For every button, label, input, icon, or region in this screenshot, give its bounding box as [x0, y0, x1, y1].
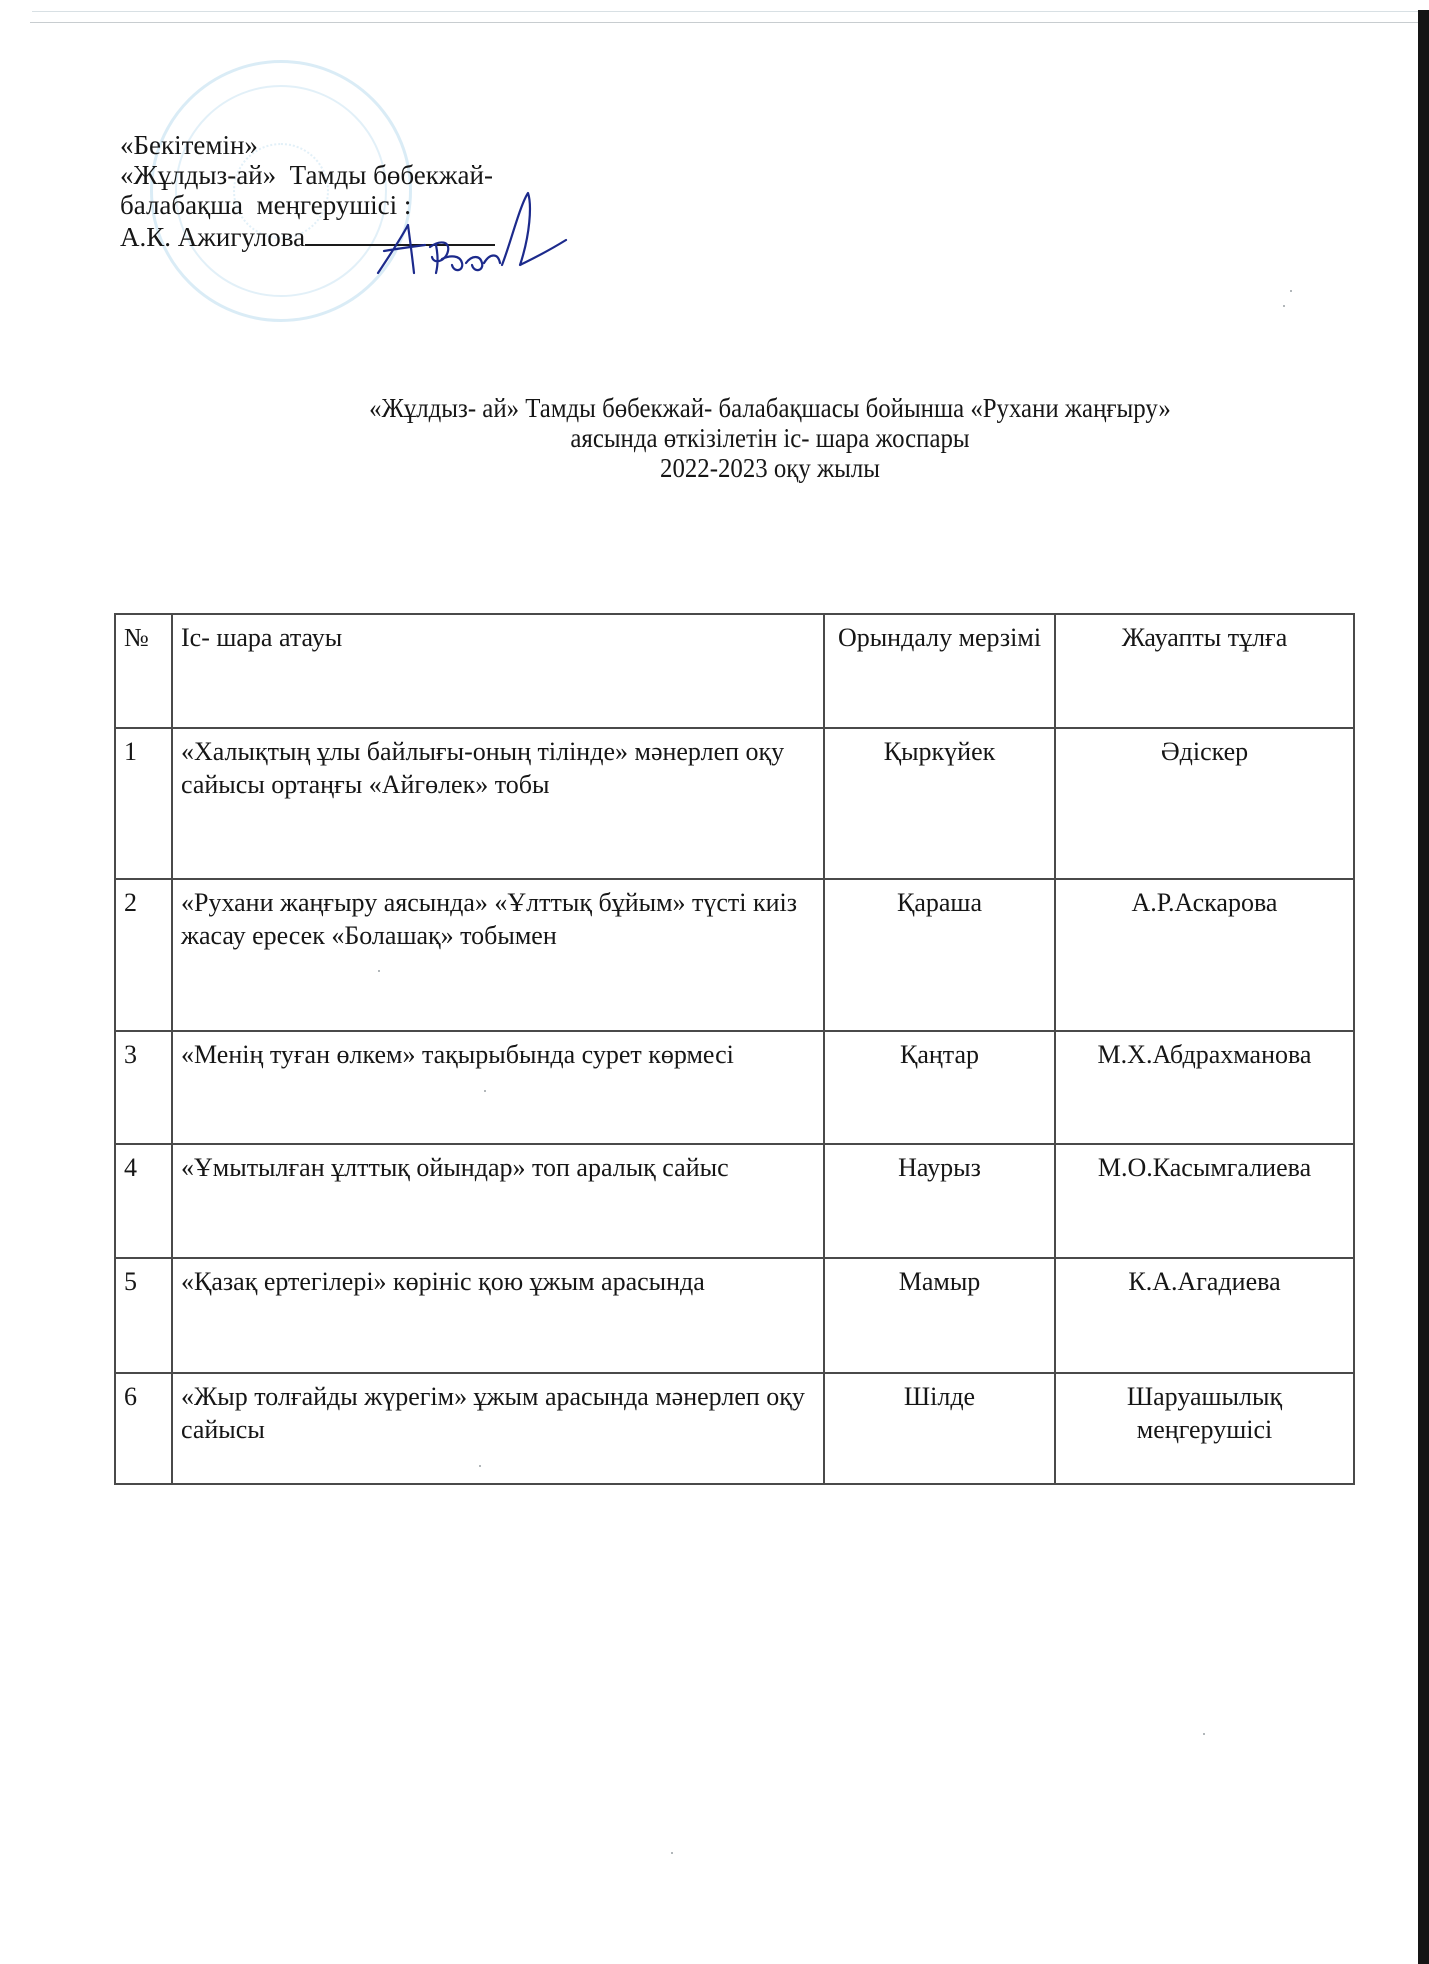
scan-speck [1283, 305, 1285, 307]
scan-edge-top [30, 22, 1420, 23]
table-row: 2 «Рухани жаңғыру аясында» «Ұлттық бұйым… [115, 879, 1354, 1031]
title-line-3: 2022-2023 оқу жылы [264, 453, 1276, 483]
approval-heading: «Бекітемін» [120, 130, 495, 160]
row-event-name: «Ұмытылған ұлттық ойындар» топ аралық са… [172, 1144, 824, 1258]
event-plan-table: № Іс- шара атауы Орындалу мерзімі Жауапт… [114, 613, 1355, 1485]
row-number: 1 [115, 728, 172, 879]
row-number: 5 [115, 1258, 172, 1373]
title-line-2: аясында өткізілетін іс- шара жоспары [264, 423, 1276, 453]
row-event-name: «Жыр толғайды жүрегім» ұжым арасында мән… [172, 1373, 824, 1484]
row-deadline: Шілде [824, 1373, 1055, 1484]
header-number: № [115, 614, 172, 728]
row-deadline: Қаңтар [824, 1031, 1055, 1144]
scan-speck [1290, 290, 1292, 292]
scan-edge-right [1418, 10, 1429, 1964]
row-deadline: Наурыз [824, 1144, 1055, 1258]
header-deadline: Орындалу мерзімі [824, 614, 1055, 728]
scan-edge-top-faint [32, 11, 1418, 12]
row-number: 4 [115, 1144, 172, 1258]
row-responsible: Әдіскер [1055, 728, 1354, 879]
row-responsible: М.О.Касымгалиева [1055, 1144, 1354, 1258]
row-event-name: «Рухани жаңғыру аясында» «Ұлттық бұйым» … [172, 879, 824, 1031]
row-responsible: К.А.Агадиева [1055, 1258, 1354, 1373]
row-number: 3 [115, 1031, 172, 1144]
row-number: 6 [115, 1373, 172, 1484]
row-responsible: Шаруашылық меңгерушісі [1055, 1373, 1354, 1484]
row-event-name: «Менің туған өлкем» тақырыбында сурет кө… [172, 1031, 824, 1144]
header-responsible: Жауапты тұлға [1055, 614, 1354, 728]
scan-speck [378, 970, 380, 972]
row-responsible: М.Х.Абдрахманова [1055, 1031, 1354, 1144]
signature-icon [370, 185, 570, 280]
table-header-row: № Іс- шара атауы Орындалу мерзімі Жауапт… [115, 614, 1354, 728]
row-deadline: Қараша [824, 879, 1055, 1031]
row-event-name: «Халықтың ұлы байлығы-оның тілінде» мәне… [172, 728, 824, 879]
row-deadline: Қыркүйек [824, 728, 1055, 879]
table-row: 3 «Менің туған өлкем» тақырыбында сурет … [115, 1031, 1354, 1144]
header-event-name: Іс- шара атауы [172, 614, 824, 728]
table-row: 6 «Жыр толғайды жүрегім» ұжым арасында м… [115, 1373, 1354, 1484]
table-row: 5 «Қазақ ертегілері» көрініс қою ұжым ар… [115, 1258, 1354, 1373]
scan-speck [479, 1465, 481, 1467]
scan-speck [484, 1090, 486, 1092]
row-deadline: Мамыр [824, 1258, 1055, 1373]
row-responsible: А.Р.Аскарова [1055, 879, 1354, 1031]
scan-speck [671, 1852, 673, 1854]
table-row: 1 «Халықтың ұлы байлығы-оның тілінде» мә… [115, 728, 1354, 879]
scan-speck [1203, 1733, 1205, 1735]
row-event-name: «Қазақ ертегілері» көрініс қою ұжым арас… [172, 1258, 824, 1373]
table-row: 4 «Ұмытылған ұлттық ойындар» топ аралық … [115, 1144, 1354, 1258]
signatory-name: А.К. Ажигулова [120, 222, 305, 252]
row-number: 2 [115, 879, 172, 1031]
document-title: «Жұлдыз- ай» Тамды бөбекжай- балабақшасы… [264, 393, 1276, 483]
title-line-1: «Жұлдыз- ай» Тамды бөбекжай- балабақшасы… [264, 393, 1276, 423]
